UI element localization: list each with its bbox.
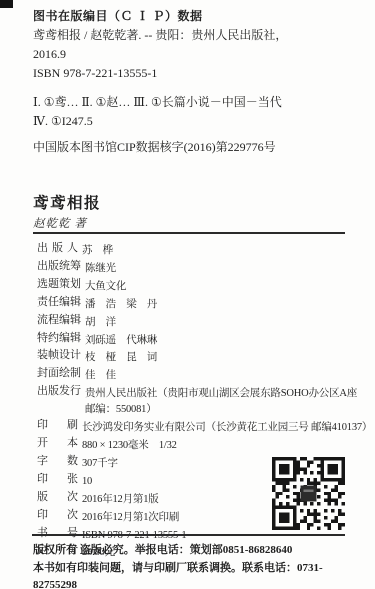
colophon-label: 特约编辑	[37, 331, 81, 347]
cip-block: 图书在版编目（Ｃ Ｉ Ｐ）数据 鸢鸢相报 / 赵乾乾著. -- 贵阳：贵州人民出…	[33, 7, 355, 157]
colophon-value: 大鱼文化	[85, 277, 126, 295]
colophon-row: 出 版 人苏 桦	[37, 241, 367, 259]
cip-line-title: 鸢鸢相报 / 赵乾乾著. -- 贵阳：贵州人民出版社，	[33, 26, 355, 45]
cip-header: 图书在版编目（Ｃ Ｉ Ｐ）数据	[33, 7, 355, 26]
colophon-row: 流程编辑胡 洋	[37, 313, 367, 331]
colophon-row: 选题策划大鱼文化	[37, 277, 367, 295]
colophon-row: 责任编辑潘 浩 梁 丹	[37, 295, 367, 313]
copyright-warning-line: 版权所有 盗版必究。举报电话：策划部0851-86828640	[33, 542, 361, 560]
colophon-row: 封面绘制佳 佳	[37, 366, 367, 384]
colophon-label: 印 张	[37, 472, 78, 488]
cip-classification-line2: Ⅳ. ①I247.5	[33, 112, 355, 131]
book-author: 赵乾乾 著	[33, 215, 87, 231]
colophon-value: 长沙鸿发印务实业有限公司（长沙黄花工业园三号 邮编410137）	[82, 418, 372, 436]
cip-record-number: 中国版本图书馆CIP数据核字(2016)第229776号	[33, 138, 355, 157]
cip-line-isbn: ISBN 978-7-221-13555-1	[33, 64, 355, 83]
colophon-value: 苏 桦	[82, 241, 113, 259]
colophon-value: 佳 佳	[85, 366, 116, 384]
colophon-row: 印 刷长沙鸿发印务实业有限公司（长沙黄花工业园三号 邮编410137）	[37, 418, 367, 436]
colophon-label: 版 次	[37, 490, 78, 506]
colophon-label: 印 刷	[37, 418, 78, 434]
colophon-value: 贵州人民出版社（贵阳市观山湖区会展东路SOHO办公区A座邮编：550081）	[85, 384, 357, 418]
colophon-value: 胡 洋	[85, 313, 116, 331]
colophon-value-line2: 邮编：550081）	[85, 402, 357, 418]
colophon-label: 装帧设计	[37, 348, 81, 364]
colophon-row: 出版统筹陈继光	[37, 259, 367, 277]
colophon-value: 潘 浩 梁 丹	[85, 295, 157, 313]
colophon-row: 特约编辑刘砾遥 代琳琳	[37, 331, 367, 349]
cip-line-year: 2016.9	[33, 45, 355, 64]
colophon-value: 307千字	[82, 454, 118, 472]
colophon-value: 10	[82, 472, 92, 490]
colophon-row: 开 本880 × 1230毫米 1/32	[37, 436, 367, 454]
book-title: 鸢鸢相报	[33, 191, 101, 213]
colophon-label: 印 次	[37, 508, 78, 524]
colophon-label: 责任编辑	[37, 295, 81, 311]
colophon-value: 2016年12月第1次印刷	[82, 508, 179, 526]
colophon-value: 2016年12月第1版	[82, 490, 159, 508]
divider-rule-top	[33, 232, 345, 234]
cip-classification-line1: Ⅰ. ①鸢… Ⅱ. ①赵… Ⅲ. ①长篇小说－中国－当代	[33, 93, 355, 112]
colophon-label: 封面绘制	[37, 366, 81, 382]
colophon-label: 出 版 人	[37, 241, 78, 257]
colophon-value: 枝 桠 昆 词	[85, 348, 157, 366]
printing-contact-line: 本书如有印装问题，请与印刷厂联系调换。联系电话：0731-82755298	[33, 560, 361, 589]
colophon-row: 出版发行贵州人民出版社（贵阳市观山湖区会展东路SOHO办公区A座邮编：55008…	[37, 384, 367, 418]
colophon-label: 出版发行	[37, 384, 81, 400]
colophon-label: 流程编辑	[37, 313, 81, 329]
colophon-label: 选题策划	[37, 277, 81, 293]
colophon-row: 装帧设计枝 桠 昆 词	[37, 348, 367, 366]
divider-rule-bottom	[32, 534, 345, 536]
colophon-label: 字 数	[37, 454, 78, 470]
qr-code-icon	[272, 457, 345, 530]
colophon-label: 出版统筹	[37, 259, 81, 275]
colophon-value: 陈继光	[85, 259, 116, 277]
colophon-value: 880 × 1230毫米 1/32	[82, 436, 177, 454]
footer-notice: 版权所有 盗版必究。举报电话：策划部0851-86828640 本书如有印装问题…	[33, 542, 361, 589]
scan-artifact-mark	[0, 0, 13, 8]
colophon-label: 开 本	[37, 436, 78, 452]
colophon-value: 刘砾遥 代琳琳	[85, 331, 157, 349]
copyright-page: 图书在版编目（Ｃ Ｉ Ｐ）数据 鸢鸢相报 / 赵乾乾著. -- 贵阳：贵州人民出…	[0, 0, 375, 589]
